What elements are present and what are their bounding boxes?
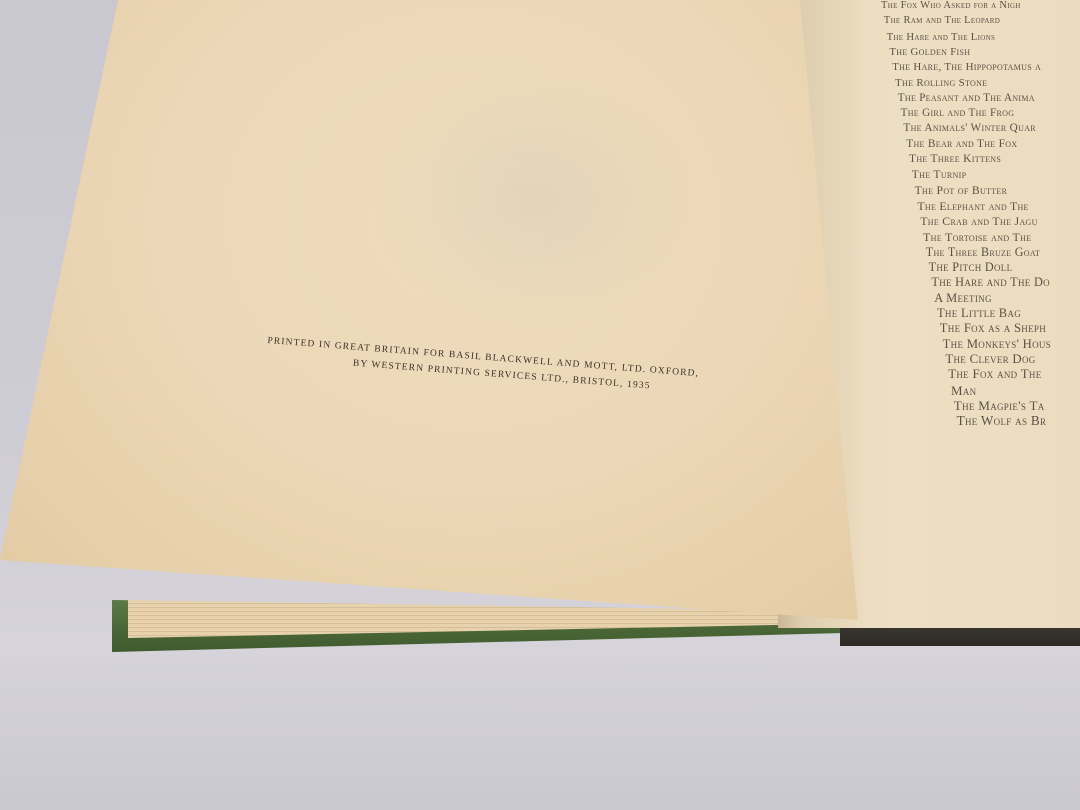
contents-entry: The Monkeys' Hous xyxy=(943,337,1051,352)
contents-entry: The Wolf as Br xyxy=(957,413,1047,429)
contents-entry: The Rolling Stone xyxy=(895,77,987,89)
contents-entry: The Elephant and The xyxy=(917,199,1028,214)
contents-entry: The Girl and The Frog xyxy=(901,107,1015,119)
contents-entry: The Clever Dog xyxy=(945,352,1035,367)
contents-entry: The Ram and The Leopard xyxy=(884,15,1000,26)
contents-entry: The Pitch Doll xyxy=(929,260,1013,275)
contents-entry: The Three Kittens xyxy=(909,153,1001,165)
contents-entry: The Peasant and The Anima xyxy=(898,92,1035,104)
contents-entry: The Hare and The Lions xyxy=(887,31,996,43)
contents-list: The Fox Who Asked for a NighThe Ram and … xyxy=(0,0,1080,430)
contents-entry: A Meeting xyxy=(934,291,992,306)
contents-entry: Man xyxy=(951,383,976,399)
contents-entry: The Golden Fish xyxy=(889,46,970,58)
contents-entry: The Pot of Butter xyxy=(915,184,1008,197)
contents-entry: The Three Bruze Goat xyxy=(926,245,1040,260)
contents-entry: The Tortoise and The xyxy=(923,230,1031,245)
contents-entry: The Hare and The Do xyxy=(931,275,1050,290)
contents-entry: The Little Bag xyxy=(937,306,1021,321)
book-photo: PRINTED IN GREAT BRITAIN FOR BASIL BLACK… xyxy=(0,0,1080,810)
contents-entry: The Fox Who Asked for a Nigh xyxy=(881,0,1021,11)
contents-entry: The Hare, The Hippopotamus a xyxy=(892,61,1041,73)
contents-entry: The Fox and The xyxy=(948,367,1041,382)
contents-entry: The Animals' Winter Quar xyxy=(903,122,1036,134)
contents-entry: The Turnip xyxy=(912,168,967,181)
contents-entry: The Bear and The Fox xyxy=(906,138,1017,150)
contents-entry: The Crab and The Jagu xyxy=(920,214,1038,229)
contents-entry: The Magpie's Ta xyxy=(954,398,1045,414)
contents-entry: The Fox as a Sheph xyxy=(940,321,1046,336)
